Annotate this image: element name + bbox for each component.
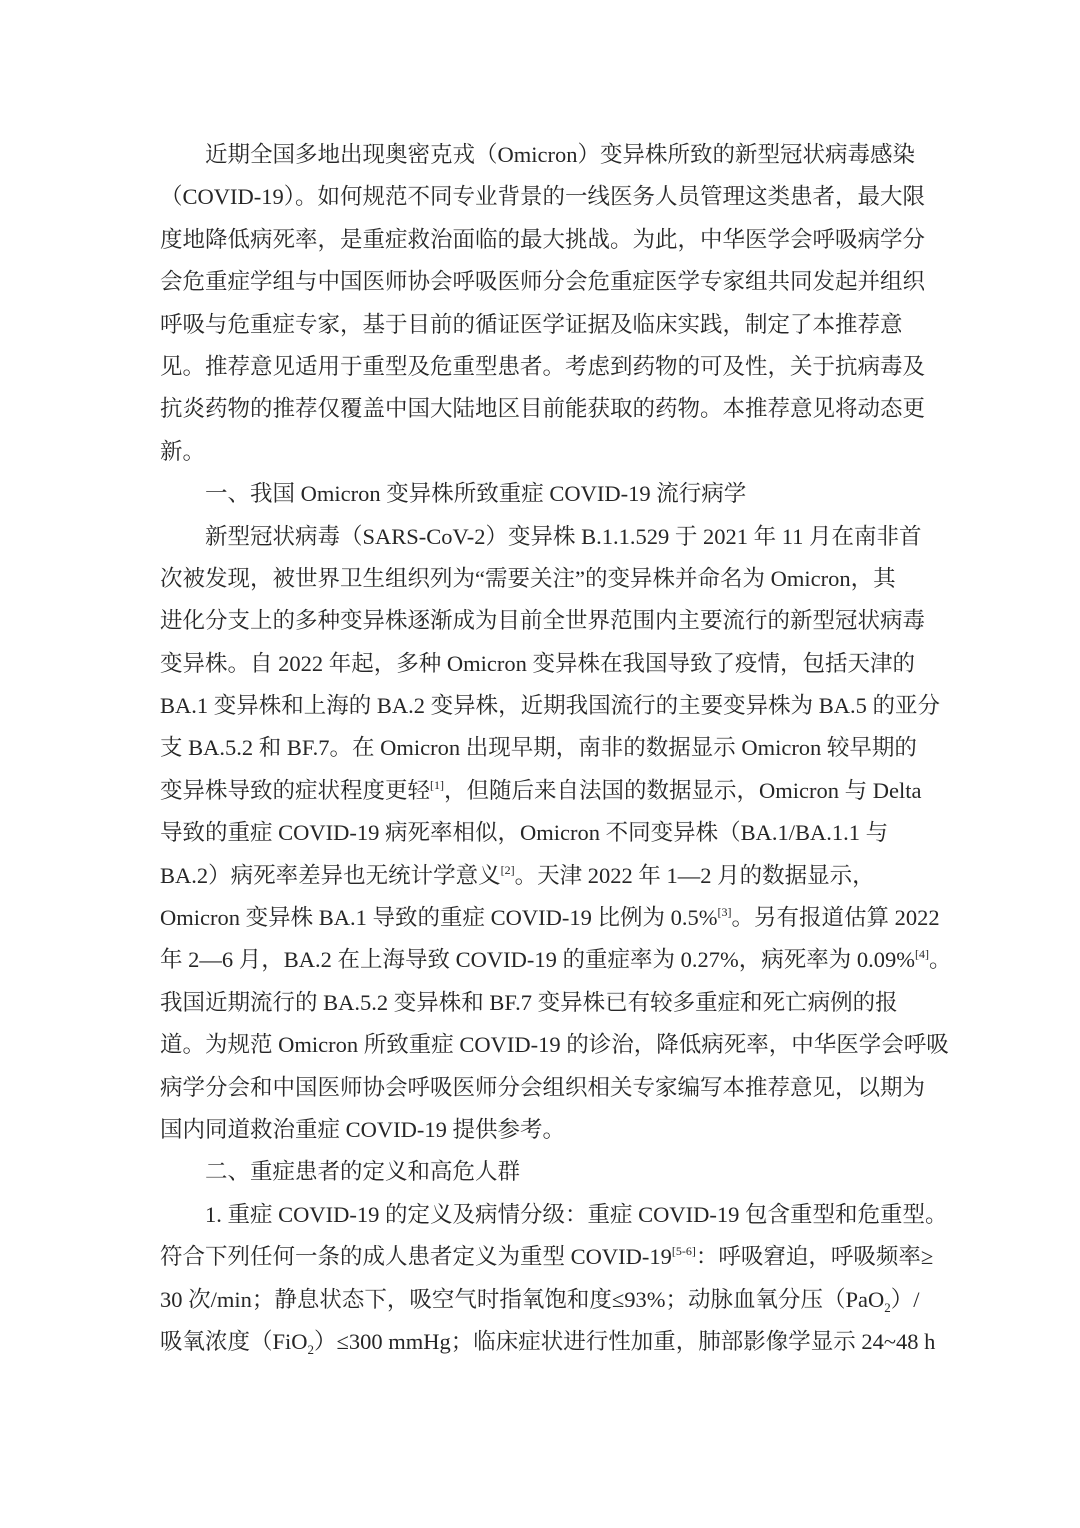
text-segment: 病学分会和中国医师协会呼吸医师分会组织相关专家编写本推荐意见，以期为 xyxy=(160,1075,925,1100)
text-segment: （COVID-19）。如何规范不同专业背景的一线医务人员管理这类患者，最大限 xyxy=(160,184,925,209)
text-segment: ）/ xyxy=(891,1287,920,1312)
text-segment: 新型冠状病毒（SARS-CoV-2）变异株 B.1.1.529 于 2021 年… xyxy=(205,524,922,549)
text-segment: 度地降低病死率，是重症救治面临的最大挑战。为此，中华医学会呼吸病学分 xyxy=(160,227,925,252)
text-segment: 符合下列任何一条的成人患者定义为重型 COVID-19 xyxy=(160,1244,672,1269)
text-line: 会危重症学组与中国医师协会呼吸医师分会危重症医学专家组共同发起并组织 xyxy=(160,261,950,303)
text-segment: 1. 重症 COVID-19 的定义及病情分级：重症 COVID-19 包含重型… xyxy=(205,1202,947,1227)
text-segment: 道。为规范 Omicron 所致重症 COVID-19 的诊治，降低病死率，中华… xyxy=(160,1032,949,1057)
subscript-text: 2 xyxy=(884,1300,891,1315)
text-segment: 。 xyxy=(929,947,952,972)
text-line: 吸氧浓度（FiO2）≤300 mmHg；临床症状进行性加重，肺部影像学显示 24… xyxy=(160,1321,950,1363)
reference-marker: [1] xyxy=(430,778,444,792)
text-segment: 进化分支上的多种变异株逐渐成为目前全世界范围内主要流行的新型冠状病毒 xyxy=(160,608,925,633)
reference-marker: [5-6] xyxy=(672,1244,696,1258)
text-line: 度地降低病死率，是重症救治面临的最大挑战。为此，中华医学会呼吸病学分 xyxy=(160,219,950,261)
document-text-block: 近期全国多地出现奥密克戎（Omicron）变异株所致的新型冠状病毒感染（COVI… xyxy=(160,134,950,1363)
text-line: 次被发现，被世界卫生组织列为“需要关注”的变异株并命名为 Omicron，其 xyxy=(160,558,950,600)
text-line: （COVID-19）。如何规范不同专业背景的一线医务人员管理这类患者，最大限 xyxy=(160,176,950,218)
text-line: BA.2）病死率差异也无统计学意义[2]。天津 2022 年 1—2 月的数据显… xyxy=(160,855,950,897)
text-segment: 见。推荐意见适用于重型及危重型患者。考虑到药物的可及性，关于抗病毒及 xyxy=(160,354,925,379)
text-line: 见。推荐意见适用于重型及危重型患者。考虑到药物的可及性，关于抗病毒及 xyxy=(160,346,950,388)
text-line: 病学分会和中国医师协会呼吸医师分会组织相关专家编写本推荐意见，以期为 xyxy=(160,1067,950,1109)
text-segment: 新。 xyxy=(160,439,205,464)
text-line: 我国近期流行的 BA.5.2 变异株和 BF.7 变异株已有较多重症和死亡病例的… xyxy=(160,982,950,1024)
text-line: 国内同道救治重症 COVID-19 提供参考。 xyxy=(160,1109,950,1151)
text-line: 二、重症患者的定义和高危人群 xyxy=(160,1151,950,1193)
text-segment: ：呼吸窘迫，呼吸频率≥ xyxy=(696,1244,933,1269)
text-segment: 一、我国 Omicron 变异株所致重症 COVID-19 流行病学 xyxy=(205,481,746,506)
text-segment: BA.1 变异株和上海的 BA.2 变异株，近期我国流行的主要变异株为 BA.5… xyxy=(160,693,940,718)
text-line: 一、我国 Omicron 变异株所致重症 COVID-19 流行病学 xyxy=(160,473,950,515)
text-segment: 二、重症患者的定义和高危人群 xyxy=(205,1159,520,1184)
text-segment: 会危重症学组与中国医师协会呼吸医师分会危重症医学专家组共同发起并组织 xyxy=(160,269,925,294)
text-segment: 吸氧浓度（FiO xyxy=(160,1329,308,1354)
subscript-text: 2 xyxy=(308,1342,315,1357)
text-line: 支 BA.5.2 和 BF.7。在 Omicron 出现早期，南非的数据显示 O… xyxy=(160,727,950,769)
text-line: 变异株。自 2022 年起，多种 Omicron 变异株在我国导致了疫情，包括天… xyxy=(160,643,950,685)
text-line: 呼吸与危重症专家，基于目前的循证医学证据及临床实践，制定了本推荐意 xyxy=(160,304,950,346)
text-line: 道。为规范 Omicron 所致重症 COVID-19 的诊治，降低病死率，中华… xyxy=(160,1024,950,1066)
text-segment: 。天津 2022 年 1—2 月的数据显示， xyxy=(515,863,875,888)
text-line: 30 次/min；静息状态下，吸空气时指氧饱和度≤93%；动脉血氧分压（PaO2… xyxy=(160,1279,950,1321)
text-segment: 支 BA.5.2 和 BF.7。在 Omicron 出现早期，南非的数据显示 O… xyxy=(160,735,917,760)
text-segment: 。另有报道估算 2022 xyxy=(731,905,939,930)
text-line: 变异株导致的症状程度更轻[1]，但随后来自法国的数据显示，Omicron 与 D… xyxy=(160,770,950,812)
text-line: 导致的重症 COVID-19 病死率相似，Omicron 不同变异株（BA.1/… xyxy=(160,812,950,854)
text-segment: 抗炎药物的推荐仅覆盖中国大陆地区目前能获取的药物。本推荐意见将动态更 xyxy=(160,396,925,421)
document-page: 近期全国多地出现奥密克戎（Omicron）变异株所致的新型冠状病毒感染（COVI… xyxy=(0,0,1080,1528)
text-segment: 我国近期流行的 BA.5.2 变异株和 BF.7 变异株已有较多重症和死亡病例的… xyxy=(160,990,898,1015)
text-line: Omicron 变异株 BA.1 导致的重症 COVID-19 比例为 0.5%… xyxy=(160,897,950,939)
text-segment: 近期全国多地出现奥密克戎（Omicron）变异株所致的新型冠状病毒感染 xyxy=(205,142,915,167)
text-line: 年 2—6 月，BA.2 在上海导致 COVID-19 的重症率为 0.27%，… xyxy=(160,939,950,981)
text-segment: ，但随后来自法国的数据显示，Omicron 与 Delta xyxy=(444,778,921,803)
text-segment: 次被发现，被世界卫生组织列为“需要关注”的变异株并命名为 Omicron，其 xyxy=(160,566,896,591)
reference-marker: [3] xyxy=(717,905,731,919)
text-segment: 国内同道救治重症 COVID-19 提供参考。 xyxy=(160,1117,565,1142)
text-line: 新型冠状病毒（SARS-CoV-2）变异株 B.1.1.529 于 2021 年… xyxy=(160,516,950,558)
reference-marker: [2] xyxy=(501,863,515,877)
text-line: 近期全国多地出现奥密克戎（Omicron）变异株所致的新型冠状病毒感染 xyxy=(160,134,950,176)
text-segment: 30 次/min；静息状态下，吸空气时指氧饱和度≤93%；动脉血氧分压（PaO xyxy=(160,1287,884,1312)
text-segment: 导致的重症 COVID-19 病死率相似，Omicron 不同变异株（BA.1/… xyxy=(160,820,888,845)
reference-marker: [4] xyxy=(915,947,929,961)
text-line: 进化分支上的多种变异株逐渐成为目前全世界范围内主要流行的新型冠状病毒 xyxy=(160,600,950,642)
text-line: 新。 xyxy=(160,431,950,473)
text-line: 抗炎药物的推荐仅覆盖中国大陆地区目前能获取的药物。本推荐意见将动态更 xyxy=(160,388,950,430)
text-segment: BA.2）病死率差异也无统计学意义 xyxy=(160,863,501,888)
text-segment: 变异株。自 2022 年起，多种 Omicron 变异株在我国导致了疫情，包括天… xyxy=(160,651,915,676)
text-segment: Omicron 变异株 BA.1 导致的重症 COVID-19 比例为 0.5% xyxy=(160,905,717,930)
text-line: 1. 重症 COVID-19 的定义及病情分级：重症 COVID-19 包含重型… xyxy=(160,1194,950,1236)
text-line: BA.1 变异株和上海的 BA.2 变异株，近期我国流行的主要变异株为 BA.5… xyxy=(160,685,950,727)
text-segment: 呼吸与危重症专家，基于目前的循证医学证据及临床实践，制定了本推荐意 xyxy=(160,312,903,337)
text-segment: ）≤300 mmHg；临床症状进行性加重，肺部影像学显示 24~48 h xyxy=(314,1329,935,1354)
text-line: 符合下列任何一条的成人患者定义为重型 COVID-19[5-6]：呼吸窘迫，呼吸… xyxy=(160,1236,950,1278)
text-segment: 年 2—6 月，BA.2 在上海导致 COVID-19 的重症率为 0.27%，… xyxy=(160,947,915,972)
text-segment: 变异株导致的症状程度更轻 xyxy=(160,778,430,803)
